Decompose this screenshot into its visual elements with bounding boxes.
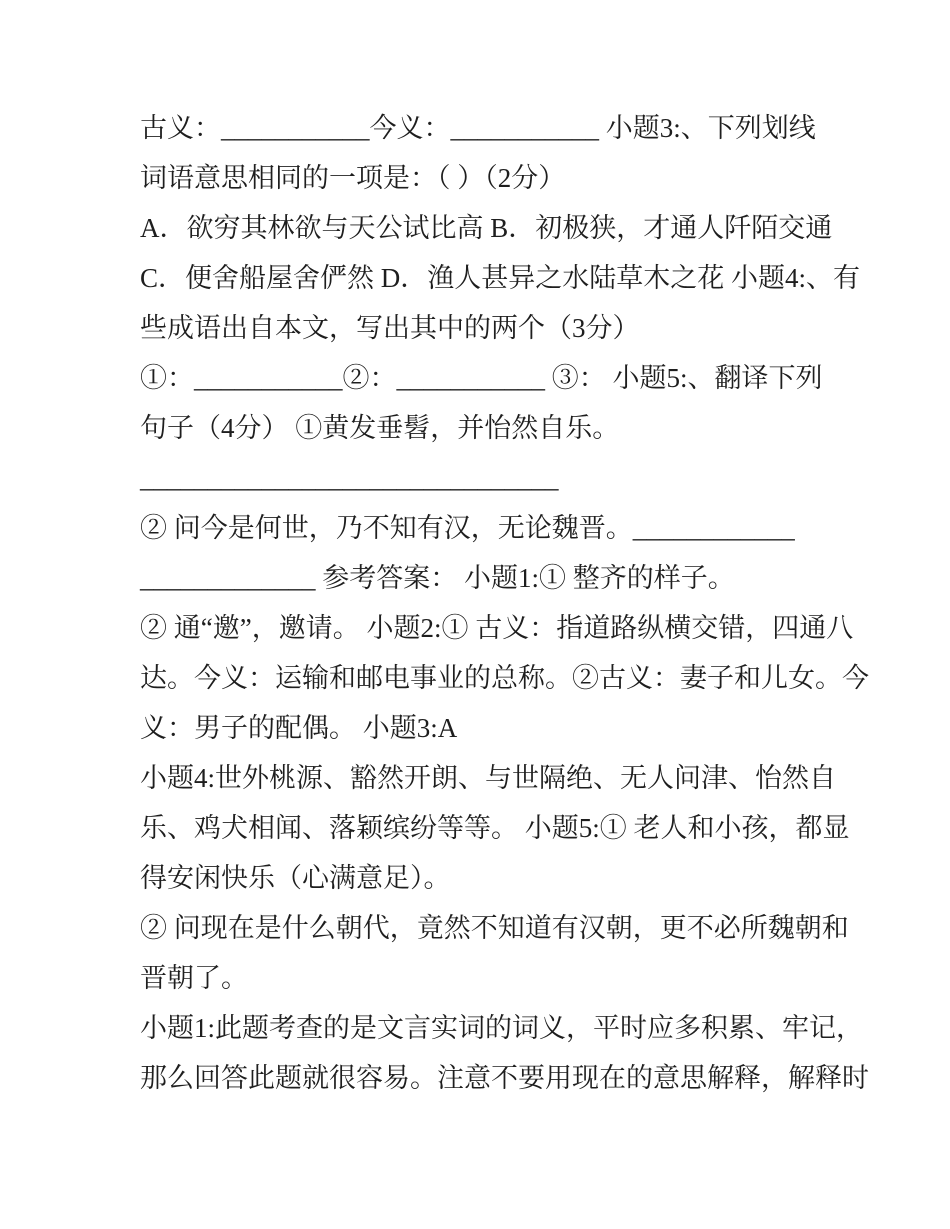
text-line: 小题1:此题考查的是文言实词的词义，平时应多积累、牢记， <box>140 1003 860 1053</box>
text-line: ② 通“邀”，邀请。 小题2:① 古义：指道路纵横交错，四通八 <box>140 603 860 653</box>
text-line: 得安闲快乐（心满意足）。 <box>140 853 860 903</box>
text-line: 小题4:世外桃源、豁然开朗、与世隔绝、无人问津、怡然自 <box>140 753 860 803</box>
text-line: ①：___________②：___________ ③： 小题5:、翻译下列 <box>140 353 860 403</box>
document-body: 古义：___________今义：___________ 小题3:、下列划线词语… <box>140 103 860 1103</box>
text-line: _____________ 参考答案： 小题1:① 整齐的样子。 <box>140 553 860 603</box>
text-line: 那么回答此题就很容易。注意不要用现在的意思解释，解释时 <box>140 1053 860 1103</box>
document-page: 古义：___________今义：___________ 小题3:、下列划线词语… <box>0 0 950 1229</box>
text-line: 晋朝了。 <box>140 953 860 1003</box>
text-line: 义：男子的配偶。 小题3:A <box>140 703 860 753</box>
text-line: 乐、鸡犬相闻、落颖缤纷等等。 小题5:① 老人和小孩，都显 <box>140 803 860 853</box>
text-line: 句子（4分） ①黄发垂髫，并怡然自乐。 <box>140 403 860 453</box>
text-line: 些成语出自本文，写出其中的两个（3分） <box>140 303 860 353</box>
text-line: 词语意思相同的一项是：（ ）（2分） <box>140 153 860 203</box>
text-line: 达。今义：运输和邮电事业的总称。②古义：妻子和儿女。今 <box>140 653 860 703</box>
text-line: _______________________________ <box>140 453 860 503</box>
text-line: A．欲穷其林欲与天公试比高 B．初极狭，才通人阡陌交通 <box>140 203 860 253</box>
text-line: 古义：___________今义：___________ 小题3:、下列划线 <box>140 103 860 153</box>
text-line: ② 问今是何世，乃不知有汉，无论魏晋。____________ <box>140 503 860 553</box>
text-line: C．便舍船屋舍俨然 D．渔人甚异之水陆草木之花 小题4:、有 <box>140 253 860 303</box>
text-line: ② 问现在是什么朝代，竟然不知道有汉朝，更不必所魏朝和 <box>140 903 860 953</box>
